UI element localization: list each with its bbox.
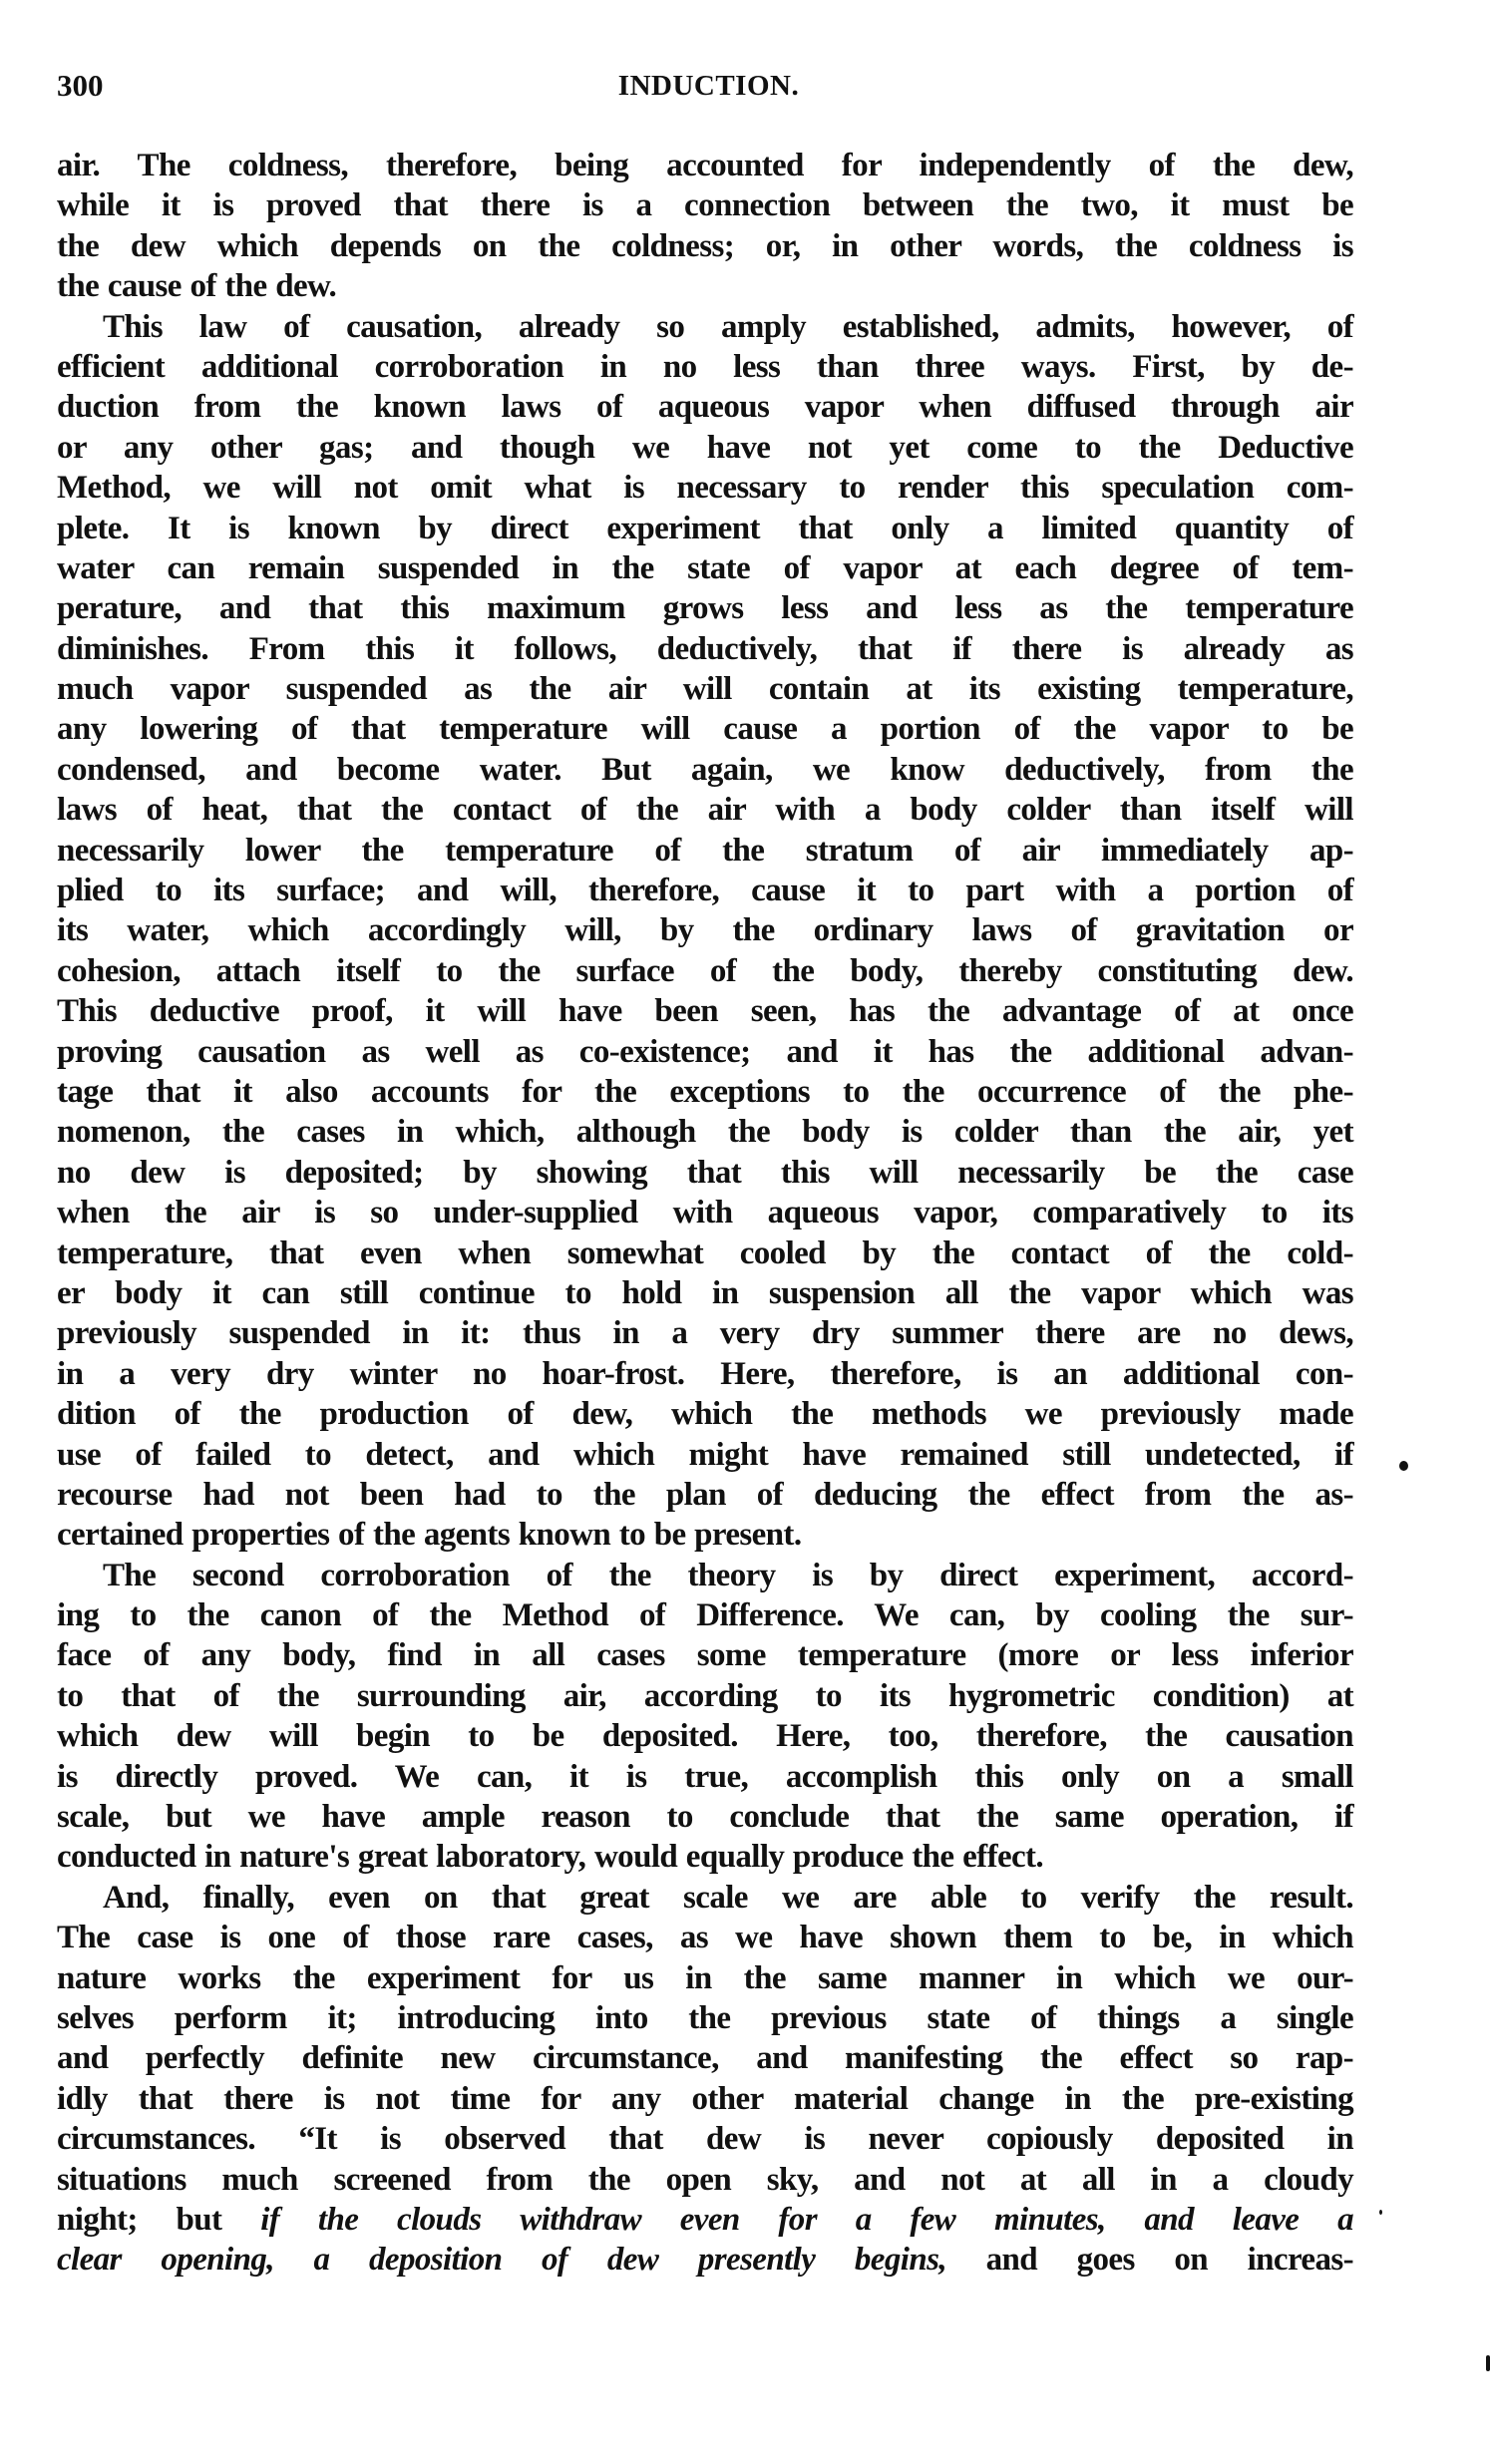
text-line: water can remain suspended in the state … bbox=[57, 548, 1353, 588]
text-line: recourse had not been had to the plan of… bbox=[57, 1475, 1353, 1515]
line-text: The case is one of those rare cases, as … bbox=[57, 1920, 1353, 1955]
text-line: clear opening, a deposition of dew prese… bbox=[57, 2240, 1353, 2280]
line-text: This deductive proof, it will have been … bbox=[57, 993, 1353, 1029]
line-text: face of any body, find in all cases some… bbox=[57, 1637, 1353, 1673]
line-text: efficient additional corroboration in no… bbox=[57, 349, 1353, 385]
line-text: plied to its surface; and will, therefor… bbox=[57, 873, 1353, 908]
line-text: and perfectly definite new circumstance,… bbox=[57, 2040, 1353, 2076]
line-text: Method, we will not omit what is necessa… bbox=[57, 470, 1353, 506]
text-line: This law of causation, already so amply … bbox=[57, 307, 1353, 347]
text-line: or any other gas; and though we have not… bbox=[57, 428, 1353, 468]
line-text: condensed, and become water. But again, … bbox=[57, 752, 1353, 788]
line-text: temperature, that even when somewhat coo… bbox=[57, 1235, 1353, 1271]
text-line: to that of the surrounding air, accordin… bbox=[57, 1676, 1353, 1716]
text-line: circumstances. “It is observed that dew … bbox=[57, 2119, 1353, 2159]
text-line: dition of the production of dew, which t… bbox=[57, 1394, 1353, 1434]
line-text: certained properties of the agents known… bbox=[57, 1517, 801, 1553]
line-text: is directly proved. We can, it is true, … bbox=[57, 1759, 1353, 1795]
line-text: its water, which accordingly will, by th… bbox=[57, 912, 1353, 948]
page-number: 300 bbox=[57, 66, 104, 106]
text-line: perature, and that this maximum grows le… bbox=[57, 588, 1353, 628]
text-line: no dew is deposited; by showing that thi… bbox=[57, 1153, 1353, 1193]
text-line: er body it can still continue to hold in… bbox=[57, 1273, 1353, 1313]
line-text: to that of the surrounding air, accordin… bbox=[57, 1678, 1353, 1714]
text-line: temperature, that even when somewhat coo… bbox=[57, 1233, 1353, 1273]
line-text: duction from the known laws of aqueous v… bbox=[57, 389, 1353, 425]
italic-quote-text: if the clouds withdraw even for a few mi… bbox=[260, 2202, 1353, 2238]
line-text: when the air is so under-supplied with a… bbox=[57, 1195, 1353, 1231]
line-text: diminishes. From this it follows, deduct… bbox=[57, 631, 1353, 667]
line-text: which dew will begin to be deposited. He… bbox=[57, 1718, 1353, 1754]
text-line: any lowering of that temperature will ca… bbox=[57, 709, 1353, 749]
page-header: 300 INDUCTION. bbox=[57, 66, 1353, 106]
text-line: previously suspended in it: thus in a ve… bbox=[57, 1313, 1353, 1353]
text-line: face of any body, find in all cases some… bbox=[57, 1635, 1353, 1675]
text-line: and perfectly definite new circumstance,… bbox=[57, 2038, 1353, 2078]
text-line: conducted in nature's great laboratory, … bbox=[57, 1837, 1353, 1877]
text-line: certained properties of the agents known… bbox=[57, 1515, 1353, 1555]
text-line: The second corroboration of the theory i… bbox=[57, 1556, 1353, 1595]
text-line: plied to its surface; and will, therefor… bbox=[57, 871, 1353, 910]
text-line: scale, but we have ample reason to concl… bbox=[57, 1797, 1353, 1837]
line-text: plete. It is known by direct experiment … bbox=[57, 511, 1353, 546]
text-line: use of failed to detect, and which might… bbox=[57, 1435, 1353, 1475]
text-line: Method, we will not omit what is necessa… bbox=[57, 468, 1353, 508]
line-text: the cause of the dew. bbox=[57, 268, 336, 304]
line-text: nature works the experiment for us in th… bbox=[57, 1960, 1353, 1996]
line-text: perature, and that this maximum grows le… bbox=[57, 590, 1353, 626]
italic-quote-text: clear opening, a deposition of dew prese… bbox=[57, 2242, 946, 2278]
running-head: INDUCTION. bbox=[606, 66, 811, 106]
line-text: any lowering of that temperature will ca… bbox=[57, 711, 1353, 747]
text-line: cohesion, attach itself to the surface o… bbox=[57, 951, 1353, 991]
text-line: much vapor suspended as the air will con… bbox=[57, 669, 1353, 709]
line-text: proving causation as well as co-existenc… bbox=[57, 1034, 1353, 1070]
line-text: and goes on increas- bbox=[946, 2242, 1353, 2278]
line-text: water can remain suspended in the state … bbox=[57, 550, 1353, 586]
text-line: its water, which accordingly will, by th… bbox=[57, 910, 1353, 950]
line-text: laws of heat, that the contact of the ai… bbox=[57, 792, 1353, 828]
line-text: situations much screened from the open s… bbox=[57, 2162, 1353, 2198]
line-text: And, finally, even on that great scale w… bbox=[103, 1880, 1353, 1916]
text-line: This deductive proof, it will have been … bbox=[57, 991, 1353, 1031]
line-text: nomenon, the cases in which, although th… bbox=[57, 1114, 1353, 1150]
text-line: in a very dry winter no hoar-frost. Here… bbox=[57, 1354, 1353, 1394]
text-line: is directly proved. We can, it is true, … bbox=[57, 1757, 1353, 1797]
text-line: condensed, and become water. But again, … bbox=[57, 750, 1353, 790]
body-text: air. The coldness, therefore, being acco… bbox=[57, 146, 1353, 2281]
text-line: while it is proved that there is a conne… bbox=[57, 185, 1353, 225]
text-line: tage that it also accounts for the excep… bbox=[57, 1072, 1353, 1112]
line-text: selves perform it; introducing into the … bbox=[57, 2000, 1353, 2036]
line-text: necessarily lower the temperature of the… bbox=[57, 833, 1353, 869]
line-text: cohesion, attach itself to the surface o… bbox=[57, 953, 1353, 989]
text-line: idly that there is not time for any othe… bbox=[57, 2079, 1353, 2119]
line-text: no dew is deposited; by showing that thi… bbox=[57, 1155, 1353, 1191]
line-text: much vapor suspended as the air will con… bbox=[57, 671, 1353, 707]
text-line: the cause of the dew. bbox=[57, 266, 1353, 306]
line-text: idly that there is not time for any othe… bbox=[57, 2081, 1353, 2117]
text-line: The case is one of those rare cases, as … bbox=[57, 1918, 1353, 1957]
stray-ink-mark bbox=[1486, 2355, 1490, 2371]
text-line: nature works the experiment for us in th… bbox=[57, 1958, 1353, 1998]
line-text: er body it can still continue to hold in… bbox=[57, 1275, 1353, 1311]
text-line: when the air is so under-supplied with a… bbox=[57, 1193, 1353, 1232]
text-line: And, finally, even on that great scale w… bbox=[57, 1878, 1353, 1918]
text-line: plete. It is known by direct experiment … bbox=[57, 509, 1353, 548]
line-text: This law of causation, already so amply … bbox=[103, 309, 1353, 345]
line-text: ing to the canon of the Method of Differ… bbox=[57, 1597, 1353, 1633]
text-line: laws of heat, that the contact of the ai… bbox=[57, 790, 1353, 830]
stray-ink-mark bbox=[1399, 1461, 1408, 1471]
line-text: recourse had not been had to the plan of… bbox=[57, 1477, 1353, 1513]
line-text: conducted in nature's great laboratory, … bbox=[57, 1839, 1043, 1875]
text-line: diminishes. From this it follows, deduct… bbox=[57, 629, 1353, 669]
text-line: the dew which depends on the coldness; o… bbox=[57, 226, 1353, 266]
line-text: tage that it also accounts for the excep… bbox=[57, 1074, 1353, 1110]
text-line: which dew will begin to be deposited. He… bbox=[57, 1716, 1353, 1756]
text-line: ing to the canon of the Method of Differ… bbox=[57, 1595, 1353, 1635]
text-line: air. The coldness, therefore, being acco… bbox=[57, 146, 1353, 185]
line-text: the dew which depends on the coldness; o… bbox=[57, 228, 1353, 264]
line-text: circumstances. “It is observed that dew … bbox=[57, 2121, 1353, 2157]
text-line: selves perform it; introducing into the … bbox=[57, 1998, 1353, 2038]
text-line: duction from the known laws of aqueous v… bbox=[57, 387, 1353, 427]
line-text: night; but bbox=[57, 2202, 260, 2238]
text-line: necessarily lower the temperature of the… bbox=[57, 831, 1353, 871]
line-text: in a very dry winter no hoar-frost. Here… bbox=[57, 1356, 1353, 1392]
text-line: situations much screened from the open s… bbox=[57, 2160, 1353, 2200]
line-text: air. The coldness, therefore, being acco… bbox=[57, 148, 1353, 183]
stray-ink-mark bbox=[1379, 2210, 1382, 2215]
line-text: or any other gas; and though we have not… bbox=[57, 430, 1353, 466]
text-line: efficient additional corroboration in no… bbox=[57, 347, 1353, 387]
line-text: previously suspended in it: thus in a ve… bbox=[57, 1315, 1353, 1351]
text-line: proving causation as well as co-existenc… bbox=[57, 1032, 1353, 1072]
line-text: scale, but we have ample reason to concl… bbox=[57, 1799, 1353, 1835]
text-line: nomenon, the cases in which, although th… bbox=[57, 1112, 1353, 1152]
text-line: night; but if the clouds withdraw even f… bbox=[57, 2200, 1353, 2240]
line-text: use of failed to detect, and which might… bbox=[57, 1437, 1353, 1473]
line-text: The second corroboration of the theory i… bbox=[103, 1558, 1353, 1593]
line-text: dition of the production of dew, which t… bbox=[57, 1396, 1353, 1432]
line-text: while it is proved that there is a conne… bbox=[57, 187, 1353, 223]
